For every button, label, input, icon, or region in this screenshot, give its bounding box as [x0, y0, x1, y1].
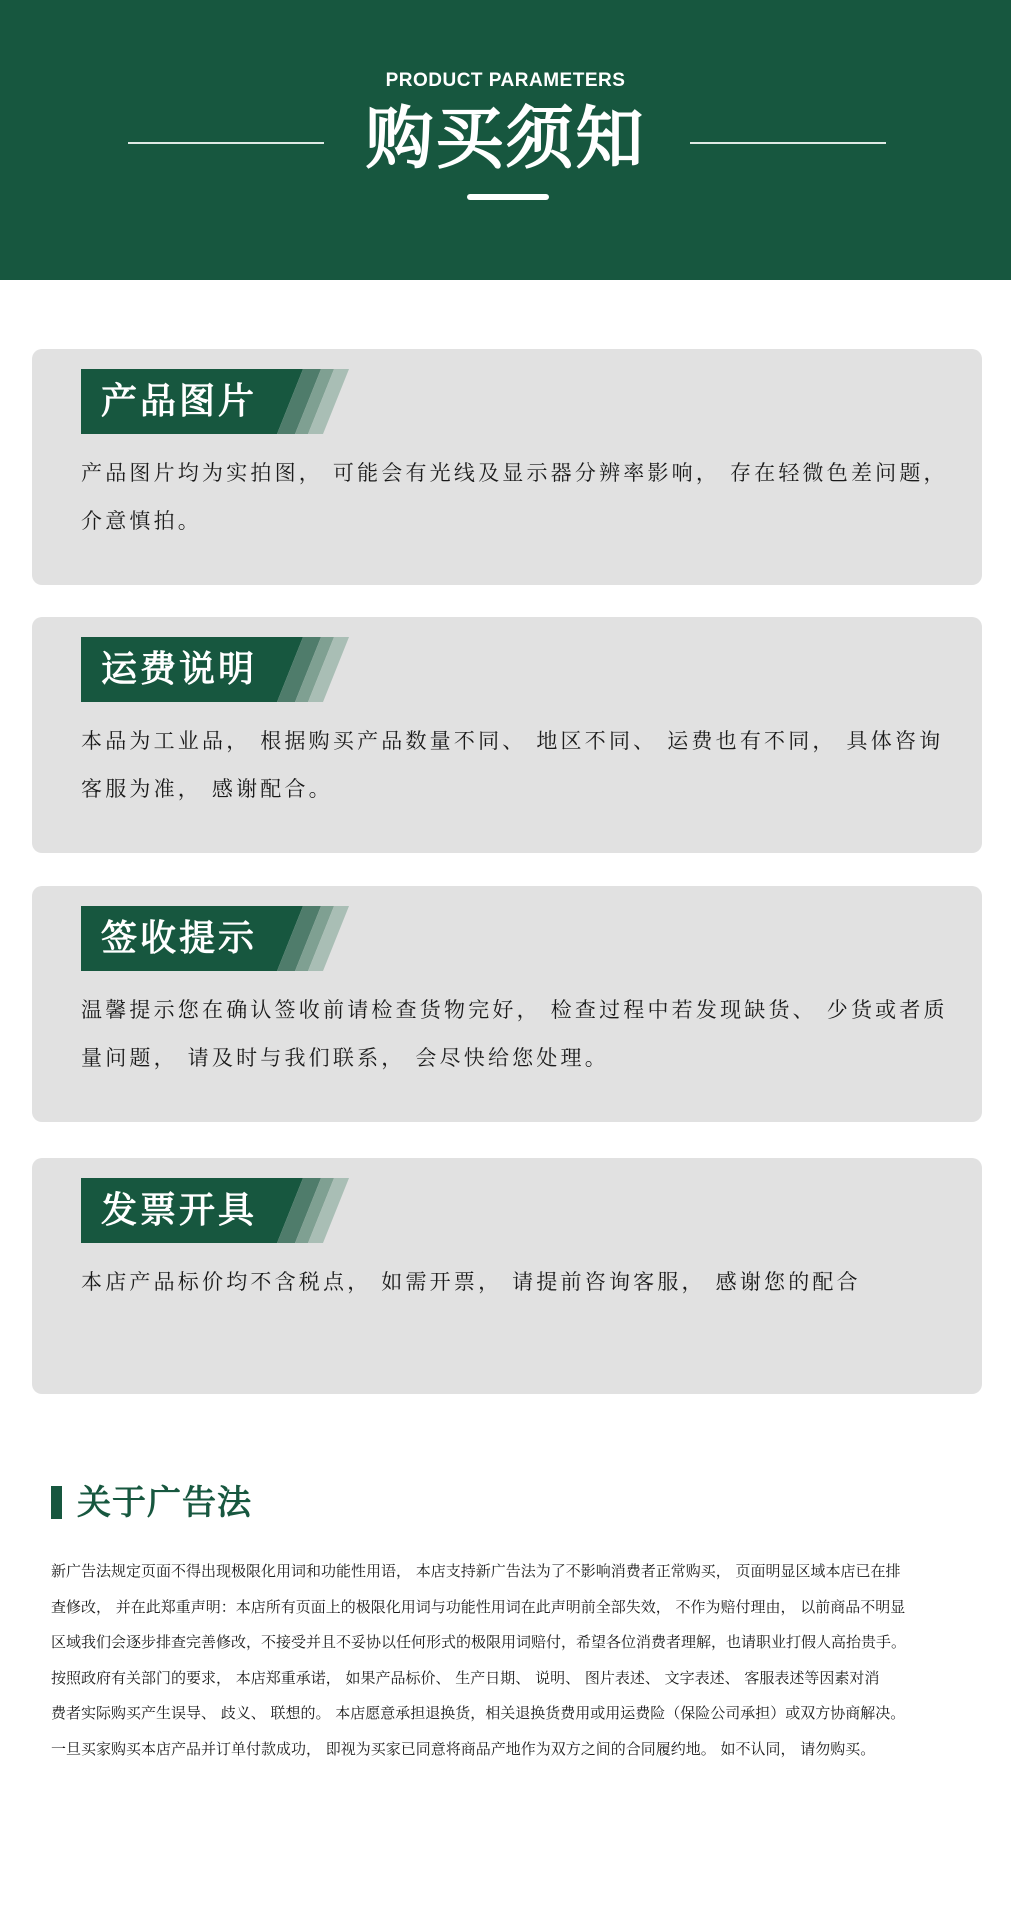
section-card-product-images: 产品图片 产品图片均为实拍图， 可能会有光线及显示器分辨率影响， 存在轻微色差问…: [32, 349, 982, 585]
section-text: 温馨提示您在确认签收前请检查货物完好， 检查过程中若发现缺货、 少货或者质量问题…: [81, 986, 961, 1082]
section-badge: 运费说明: [81, 637, 351, 702]
section-title: 发票开具: [101, 1178, 257, 1243]
header-banner: PRODUCT PARAMETERS 购买须知: [0, 0, 1011, 280]
ad-law-line: 按照政府有关部门的要求， 本店郑重承诺， 如果产品标价、 生产日期、 说明、 图…: [51, 1661, 976, 1697]
section-badge: 签收提示: [81, 906, 351, 971]
header-subtitle: PRODUCT PARAMETERS: [0, 70, 1011, 92]
section-text: 本店产品标价均不含税点， 如需开票， 请提前咨询客服， 感谢您的配合: [81, 1258, 961, 1306]
ad-law-line: 查修改， 并在此郑重声明：本店所有页面上的极限化用词与功能性用词在此声明前全部失…: [51, 1590, 976, 1626]
ad-law-title: 关于广告法: [77, 1478, 252, 1528]
ad-law-line: 区域我们会逐步排查完善修改，不接受并且不妥协以任何形式的极限用词赔付，希望各位消…: [51, 1625, 976, 1661]
section-badge: 产品图片: [81, 369, 351, 434]
ad-law-section: 关于广告法 新广告法规定页面不得出现极限化用词和功能性用语， 本店支持新广告法为…: [51, 1478, 971, 1528]
section-card-receipt: 签收提示 温馨提示您在确认签收前请检查货物完好， 检查过程中若发现缺货、 少货或…: [32, 886, 982, 1122]
heading-bar-icon: [51, 1486, 62, 1519]
ad-law-line: 一旦买家购买本店产品并订单付款成功， 即视为买家已同意将商品产地作为双方之间的合…: [51, 1732, 976, 1768]
section-title: 产品图片: [101, 369, 257, 434]
section-text: 本品为工业品， 根据购买产品数量不同、 地区不同、 运费也有不同， 具体咨询客服…: [81, 717, 961, 813]
section-title: 运费说明: [101, 637, 257, 702]
ad-law-line: 新广告法规定页面不得出现极限化用词和功能性用语， 本店支持新广告法为了不影响消费…: [51, 1554, 976, 1590]
page-title: 购买须知: [0, 98, 1011, 182]
ad-law-body: 新广告法规定页面不得出现极限化用词和功能性用语， 本店支持新广告法为了不影响消费…: [51, 1554, 976, 1767]
section-text: 产品图片均为实拍图， 可能会有光线及显示器分辨率影响， 存在轻微色差问题， 介意…: [81, 449, 961, 545]
ad-law-line: 费者实际购买产生误导、 歧义、 联想的。 本店愿意承担退换货，相关退换货费用或用…: [51, 1696, 976, 1732]
section-title: 签收提示: [101, 906, 257, 971]
header-divider-right: [690, 142, 886, 144]
header-underline: [467, 194, 549, 200]
section-card-invoice: 发票开具 本店产品标价均不含税点， 如需开票， 请提前咨询客服， 感谢您的配合: [32, 1158, 982, 1394]
section-badge: 发票开具: [81, 1178, 351, 1243]
section-card-shipping: 运费说明 本品为工业品， 根据购买产品数量不同、 地区不同、 运费也有不同， 具…: [32, 617, 982, 853]
ad-law-heading: 关于广告法: [51, 1478, 971, 1528]
